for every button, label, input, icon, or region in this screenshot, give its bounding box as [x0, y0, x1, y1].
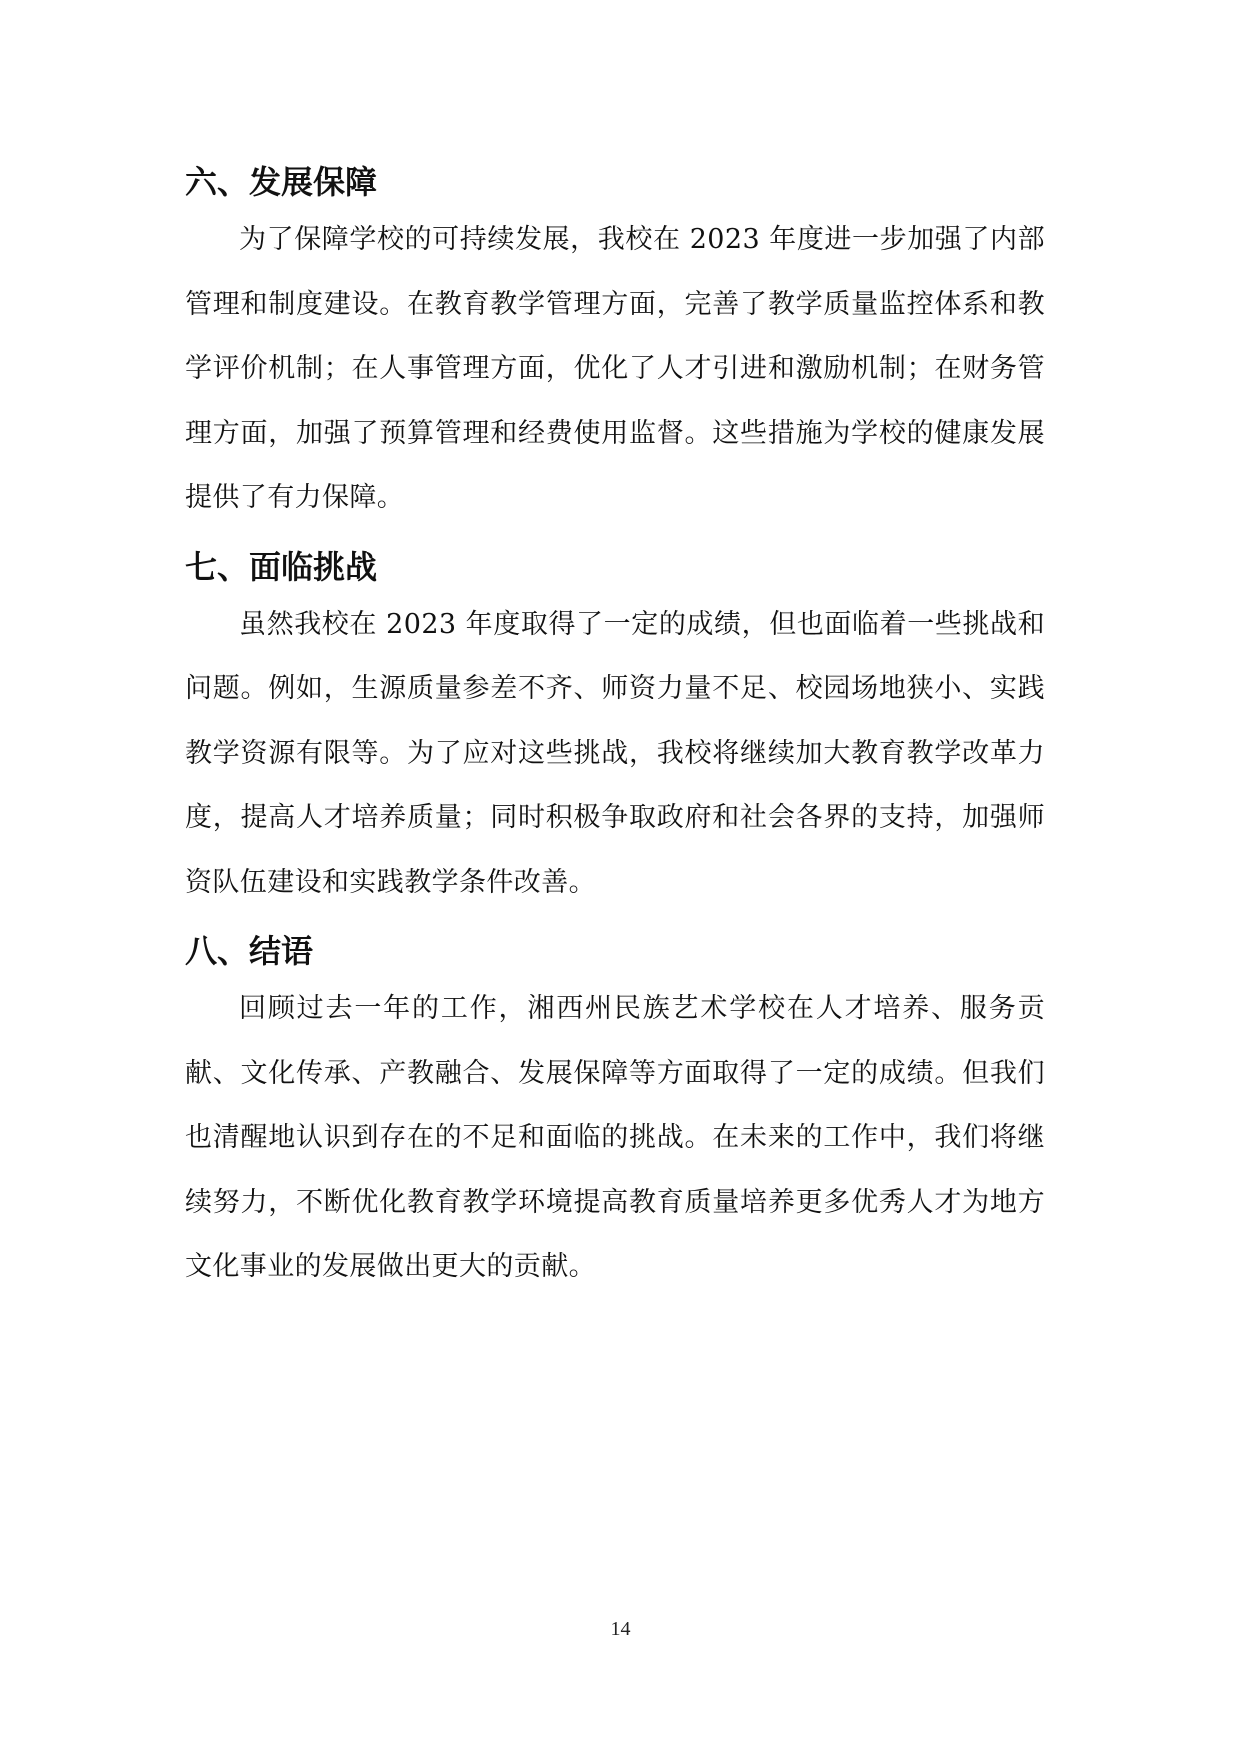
section-challenges: 七、面临挑战 虽然我校在 2023 年度取得了一定的成绩，但也面临着一些挑战和问… — [185, 543, 1045, 916]
section-heading: 七、面临挑战 — [185, 543, 1045, 593]
document-page: 六、发展保障 为了保障学校的可持续发展，我校在 2023 年度进一步加强了内部管… — [0, 0, 1241, 1754]
page-content: 六、发展保障 为了保障学校的可持续发展，我校在 2023 年度进一步加强了内部管… — [185, 158, 1045, 1312]
section-paragraph: 为了保障学校的可持续发展，我校在 2023 年度进一步加强了内部管理和制度建设。… — [185, 208, 1045, 531]
section-paragraph: 虽然我校在 2023 年度取得了一定的成绩，但也面临着一些挑战和问题。例如，生源… — [185, 593, 1045, 916]
section-paragraph: 回顾过去一年的工作，湘西州民族艺术学校在人才培养、服务贡献、文化传承、产教融合、… — [185, 977, 1045, 1300]
section-development-guarantee: 六、发展保障 为了保障学校的可持续发展，我校在 2023 年度进一步加强了内部管… — [185, 158, 1045, 531]
section-conclusion: 八、结语 回顾过去一年的工作，湘西州民族艺术学校在人才培养、服务贡献、文化传承、… — [185, 927, 1045, 1300]
page-number: 14 — [0, 1618, 1241, 1641]
section-heading: 六、发展保障 — [185, 158, 1045, 208]
section-heading: 八、结语 — [185, 927, 1045, 977]
